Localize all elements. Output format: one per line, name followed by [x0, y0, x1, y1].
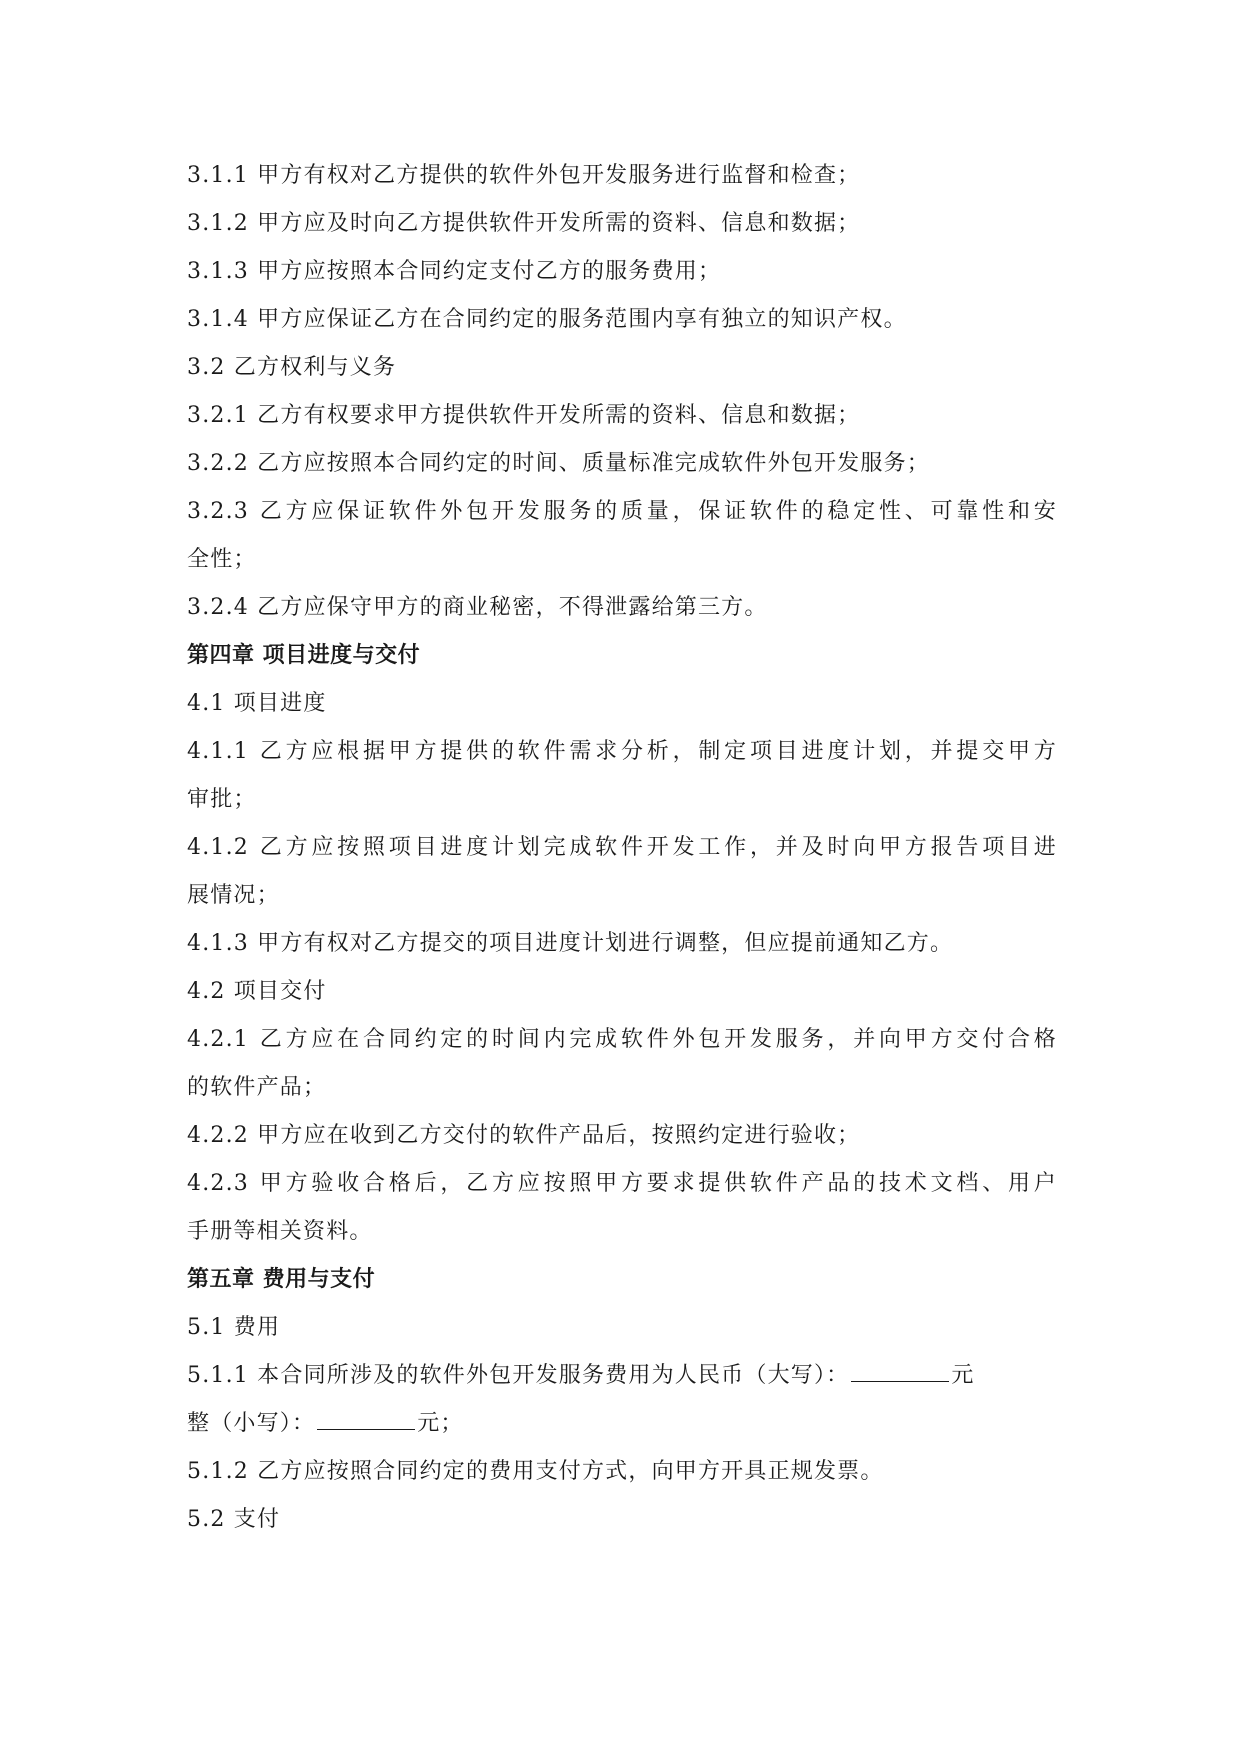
clause-4-2-1-line2: 的软件产品；: [187, 1073, 1057, 1103]
section-4-1-title: 4.1 项目进度: [187, 689, 1057, 719]
clause-3-1-3: 3.1.3 甲方应按照本合同约定支付乙方的服务费用；: [187, 257, 1057, 287]
clause-3-1-2: 3.1.2 甲方应及时向乙方提供软件开发所需的资料、信息和数据；: [187, 209, 1057, 239]
clause-4-2-1-line1: 4.2.1 乙方应在合同约定的时间内完成软件外包开发服务，并向甲方交付合格: [187, 1025, 1057, 1055]
section-5-2-title: 5.2 支付: [187, 1505, 1057, 1535]
clause-3-2-3-line1: 3.2.3 乙方应保证软件外包开发服务的质量，保证软件的稳定性、可靠性和安: [187, 497, 1057, 527]
clause-3-1-1: 3.1.1 甲方有权对乙方提供的软件外包开发服务进行监督和检查；: [187, 161, 1057, 191]
document-page: 3.1.1 甲方有权对乙方提供的软件外包开发服务进行监督和检查； 3.1.2 甲…: [0, 0, 1240, 1753]
clause-4-2-3-line1: 4.2.3 甲方验收合格后，乙方应按照甲方要求提供软件产品的技术文档、用户: [187, 1169, 1057, 1199]
section-4-2-title: 4.2 项目交付: [187, 977, 1057, 1007]
fee-lowercase-blank[interactable]: [317, 1409, 415, 1430]
fee-uppercase-unit: 元: [951, 1363, 974, 1388]
clause-3-2-3-line2: 全性；: [187, 545, 1057, 575]
chapter-5-heading: 第五章 费用与支付: [187, 1265, 1057, 1295]
clause-3-2-4: 3.2.4 乙方应保守甲方的商业秘密，不得泄露给第三方。: [187, 593, 1057, 623]
chapter-4-heading: 第四章 项目进度与交付: [187, 641, 1057, 671]
fee-lowercase-label: 整（小写）：: [187, 1411, 315, 1436]
section-5-1-title: 5.1 费用: [187, 1313, 1057, 1343]
section-3-2-title: 3.2 乙方权利与义务: [187, 353, 1057, 383]
clause-4-2-2: 4.2.2 甲方应在收到乙方交付的软件产品后，按照约定进行验收；: [187, 1121, 1057, 1151]
clause-3-2-1: 3.2.1 乙方有权要求甲方提供软件开发所需的资料、信息和数据；: [187, 401, 1057, 431]
fee-uppercase-blank[interactable]: [851, 1361, 949, 1382]
fee-lowercase-unit: 元；: [417, 1411, 463, 1436]
clause-4-1-2-line1: 4.1.2 乙方应按照项目进度计划完成软件开发工作，并及时向甲方报告项目进: [187, 833, 1057, 863]
clause-3-1-4: 3.1.4 甲方应保证乙方在合同约定的服务范围内享有独立的知识产权。: [187, 305, 1057, 335]
clause-4-1-2-line2: 展情况；: [187, 881, 1057, 911]
clause-5-1-1-line2: 整（小写）：元；: [187, 1409, 1057, 1439]
fee-uppercase-label: 5.1.1 本合同所涉及的软件外包开发服务费用为人民币（大写）：: [187, 1363, 849, 1388]
clause-4-1-1-line1: 4.1.1 乙方应根据甲方提供的软件需求分析，制定项目进度计划，并提交甲方: [187, 737, 1057, 767]
clause-5-1-2: 5.1.2 乙方应按照合同约定的费用支付方式，向甲方开具正规发票。: [187, 1457, 1057, 1487]
clause-3-2-2: 3.2.2 乙方应按照本合同约定的时间、质量标准完成软件外包开发服务；: [187, 449, 1057, 479]
clause-4-1-1-line2: 审批；: [187, 785, 1057, 815]
clause-4-2-3-line2: 手册等相关资料。: [187, 1217, 1057, 1247]
clause-4-1-3: 4.1.3 甲方有权对乙方提交的项目进度计划进行调整，但应提前通知乙方。: [187, 929, 1057, 959]
clause-5-1-1-line1: 5.1.1 本合同所涉及的软件外包开发服务费用为人民币（大写）：元: [187, 1361, 1057, 1391]
